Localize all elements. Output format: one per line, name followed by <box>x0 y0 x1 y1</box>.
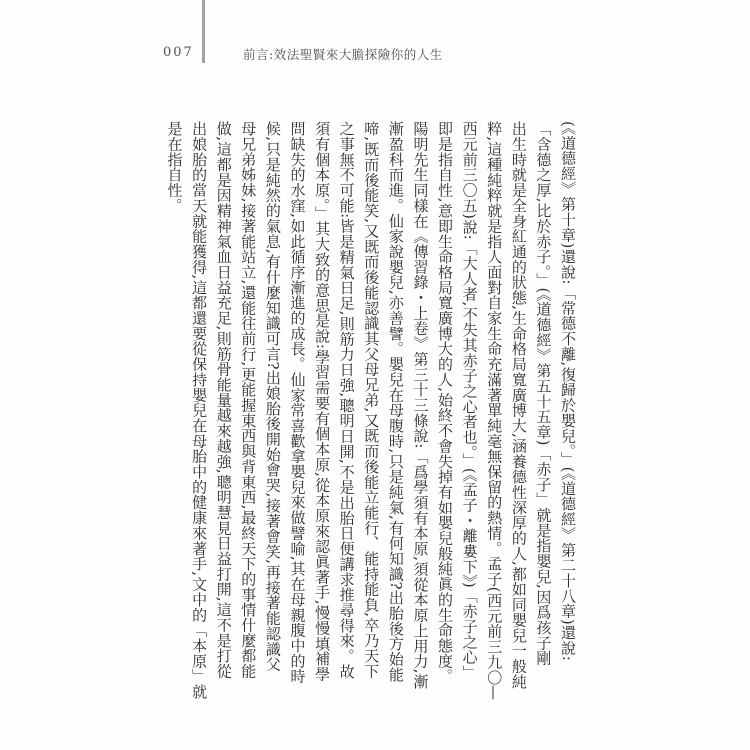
text-column: 問缺失的水窪,如此循序漸進的成長。仙家常喜歡拿嬰兒來做譬喻,其在母親腹中的時 <box>285 121 310 750</box>
page-number: 007 <box>163 45 194 60</box>
book-page: 007 前言:效法聖賢來大膽探險你的人生 (《道德經》第十章)還說:「常德不離,… <box>0 0 750 750</box>
text-column: 粹,這種純粹就是指人面對自家生命充滿著單純毫無保留的熱情。孟子(西元前三九〇— <box>482 121 507 750</box>
text-column: 出娘胎的當天就能獲得,這都還要從保持嬰兒在母胎中的健康來著手,文中的「本原」就 <box>187 121 212 750</box>
text-column: 是在指自性。 <box>162 121 187 750</box>
text-column: 做,這都是因精神氣血日益充足,則筋骨能量越來越強,聰明慧見日益打開,這不是打從 <box>211 121 236 750</box>
text-column: 之事無不可能:皆是精氣日足,則筋力日強,聰明日開,不是出胎日便講求推尋得來。故 <box>334 121 359 750</box>
chapter-title: 前言:效法聖賢來大膽探險你的人生 <box>243 45 443 63</box>
text-column: 「含德之厚,比於赤子。」(《道德經》第五十五章)「赤子」就是指嬰兒,因爲孩子剛 <box>531 121 556 750</box>
text-column: 出生時就是全身紅通的狀態,生命格局寬廣博大,涵養德性深厚的人,都如同嬰兒一般純 <box>506 121 531 750</box>
text-column: 陽明先生同樣在《傳習錄・上卷》第三十三條說:「爲學須有本原,須從本原上用力,漸 <box>408 121 433 750</box>
header-divider-line <box>202 0 205 63</box>
text-column: 漸盈科而進。仙家說嬰兒,亦善譬。嬰兒在母腹時,只是純氣,有何知識?出胎後方始能 <box>383 121 408 750</box>
text-column: 啼,既而後能笑,又既而後能認識其父母兄弟,又既而後能立能行、能持能負,卒乃天下 <box>359 121 384 750</box>
text-column: 候,只是純然的氣息,有什麼知識可言?出娘胎後開始會哭,接著會笑,再接著能認識父 <box>260 121 285 750</box>
body-text: (《道德經》第十章)還說:「常德不離,復歸於嬰兒。」(《道德經》第二十八章)還說… <box>162 121 580 750</box>
text-column: (《道德經》第十章)還說:「常德不離,復歸於嬰兒。」(《道德經》第二十八章)還說… <box>555 121 580 750</box>
text-column: 母兄弟姊妹,接著能站立,還能往前行,更能握東西與背東西,最終天下的事情什麼都能 <box>236 121 261 750</box>
text-column: 西元前三〇五)說:「大人者,不失其赤子之心者也。」(《孟子・離婁下》)「赤子之心… <box>457 121 482 750</box>
text-column: 須有個本原。」其大致的意思是說:學習需要有個本原,從本原來認眞著手,慢慢填補學 <box>309 121 334 750</box>
text-column: 即是指自性,意即生命格局寬廣博大的人,始終不會失掉有如嬰兒般純眞的生命態度。 <box>432 121 457 750</box>
